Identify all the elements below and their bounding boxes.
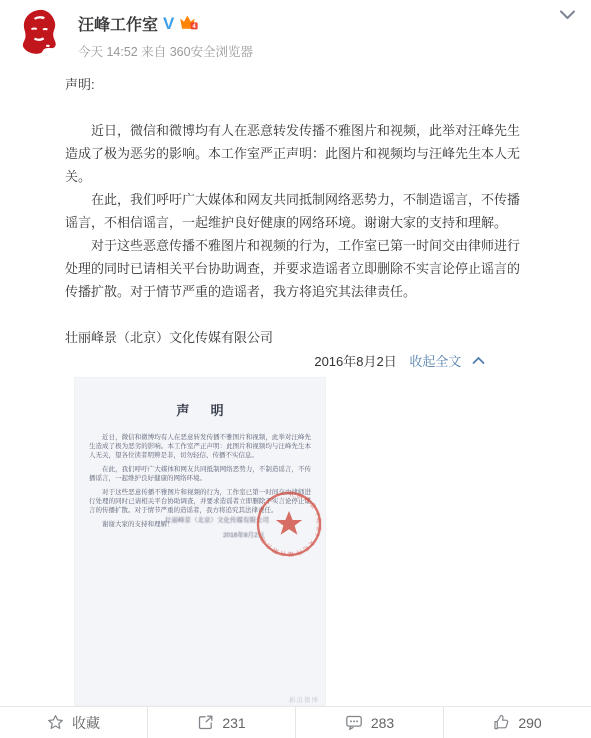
thumbs-up-icon xyxy=(493,714,510,731)
header-info: 汪峰工作室 V 4 今天 14:52 来自 360安全浏览器 xyxy=(78,8,253,60)
avatar-art-icon xyxy=(16,8,63,55)
like-button[interactable]: 290 xyxy=(443,707,591,738)
repost-button[interactable]: 231 xyxy=(147,707,295,738)
timestamp-source: 今天 14:52 来自 360安全浏览器 xyxy=(78,42,253,60)
repost-count: 231 xyxy=(222,715,245,731)
comment-icon xyxy=(345,714,363,731)
post-date: 2016年8月2日 xyxy=(314,354,396,369)
attachment-photo[interactable]: 声 明 近日，微信和微博均有人在恶意转发传播不雅图片和视频，此举对汪峰先生造成了… xyxy=(75,378,325,705)
chevron-up-icon[interactable] xyxy=(472,349,485,372)
company-stamp-icon: 壮丽峰景（北京）文化传媒有限公司 xyxy=(254,489,324,559)
document-paragraph: 近日，微信和微博均有人在恶意转发传播不雅图片和视频，此举对汪峰先生造成了极为恶劣… xyxy=(89,433,311,460)
avatar[interactable] xyxy=(16,8,63,55)
collapse-fulltext-link[interactable]: 收起全文 xyxy=(409,354,461,369)
vip-crown-icon: 4 xyxy=(179,14,198,35)
star-icon xyxy=(47,714,64,731)
name-row: 汪峰工作室 V 4 xyxy=(78,12,253,35)
post-text: 声明: 近日，微信和微博均有人在恶意转发传播不雅图片和视频，此举对汪峰先生 造成… xyxy=(65,73,551,349)
comment-button[interactable]: 283 xyxy=(295,707,443,738)
sina-weibo-watermark: 新浪微博 xyxy=(289,695,319,704)
verified-badge-icon: V xyxy=(163,15,174,32)
document-paragraph: 在此，我们呼吁广大媒体和网友共同抵制网络恶势力，不制造谣言，不传播谣言，一起维护… xyxy=(89,465,311,483)
favorite-label: 收藏 xyxy=(72,713,100,733)
document-title: 声 明 xyxy=(75,400,325,419)
favorite-button[interactable]: 收藏 xyxy=(0,707,147,738)
comment-count: 283 xyxy=(371,715,394,731)
repost-icon xyxy=(197,714,214,731)
username[interactable]: 汪峰工作室 xyxy=(78,12,158,35)
action-bar: 收藏 231 283 xyxy=(0,706,591,738)
chevron-down-icon[interactable] xyxy=(558,8,577,27)
date-row: 2016年8月2日 收起全文 xyxy=(65,349,591,372)
like-count: 290 xyxy=(518,715,541,731)
post-header: 汪峰工作室 V 4 今天 14:52 来自 360安全浏览器 xyxy=(0,0,591,60)
weibo-post: 汪峰工作室 V 4 今天 14:52 来自 360安全浏览器 声明: 近日， xyxy=(0,0,591,738)
